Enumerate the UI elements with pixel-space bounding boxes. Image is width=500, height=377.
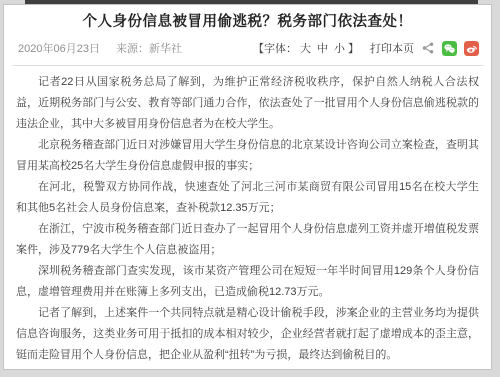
share-icon[interactable] xyxy=(421,41,435,55)
header-divider xyxy=(13,65,483,66)
paragraph: 深圳税务稽查部门查实发现，该市某资产管理公司在短短一年半时间冒用129条个人身份… xyxy=(16,261,479,303)
page-title: 个人身份信息被冒用偷逃税？税务部门依法查处！ xyxy=(14,12,481,32)
paragraph: 在浙江，宁波市税务稽查部门近日查办了一起冒用个人身份信息虚列工资并虚开增值税发票… xyxy=(16,219,479,261)
font-size-option-medium[interactable]: 中 xyxy=(317,40,328,56)
paragraph: 记者了解到，上述案件一个共同特点就是精心设计偷税手段，涉案企业的主营业务均为提供… xyxy=(16,303,479,366)
meta-right: 【字体： 大 中 小 】 打印本页 xyxy=(253,40,479,56)
font-size-label-open: 【字体： xyxy=(253,40,297,56)
font-size-control: 【字体： 大 中 小 】 xyxy=(253,40,359,56)
meta-left: 2020年06月23日 来源：新华社 xyxy=(18,40,182,56)
font-size-option-large[interactable]: 大 xyxy=(300,40,311,56)
wechat-icon[interactable] xyxy=(442,41,457,56)
paragraph: 记者22日从国家税务总局了解到，为维护正常经济税收秩序，保护自然人纳税人合法权益… xyxy=(16,72,479,135)
publish-date: 2020年06月23日 xyxy=(18,40,100,56)
font-size-label-close: 】 xyxy=(348,40,359,56)
print-page-button[interactable]: 打印本页 xyxy=(370,40,414,56)
paragraph: 北京税务稽查部门近日对涉嫌冒用大学生身份信息的北京某设计咨询公司立案检查，查明其… xyxy=(16,135,479,177)
meta-row: 2020年06月23日 来源：新华社 【字体： 大 中 小 】 打印本页 xyxy=(18,39,479,57)
article-card: 个人身份信息被冒用偷逃税？税务部门依法查处！ 2020年06月23日 来源：新华… xyxy=(3,4,492,370)
weibo-icon[interactable] xyxy=(464,41,479,56)
article-body: 记者22日从国家税务总局了解到，为维护正常经济税收秩序，保护自然人纳税人合法权益… xyxy=(16,72,479,366)
font-size-option-small[interactable]: 小 xyxy=(334,40,345,56)
page-background: { "article": { "title": "个人身份信息被冒用偷逃税？税务… xyxy=(0,0,500,377)
source-label: 来源：新华社 xyxy=(116,40,182,56)
paragraph: 在河北，税警双方协同作战，快速查处了河北三河市某商贸有限公司冒用15名在校大学生… xyxy=(16,177,479,219)
